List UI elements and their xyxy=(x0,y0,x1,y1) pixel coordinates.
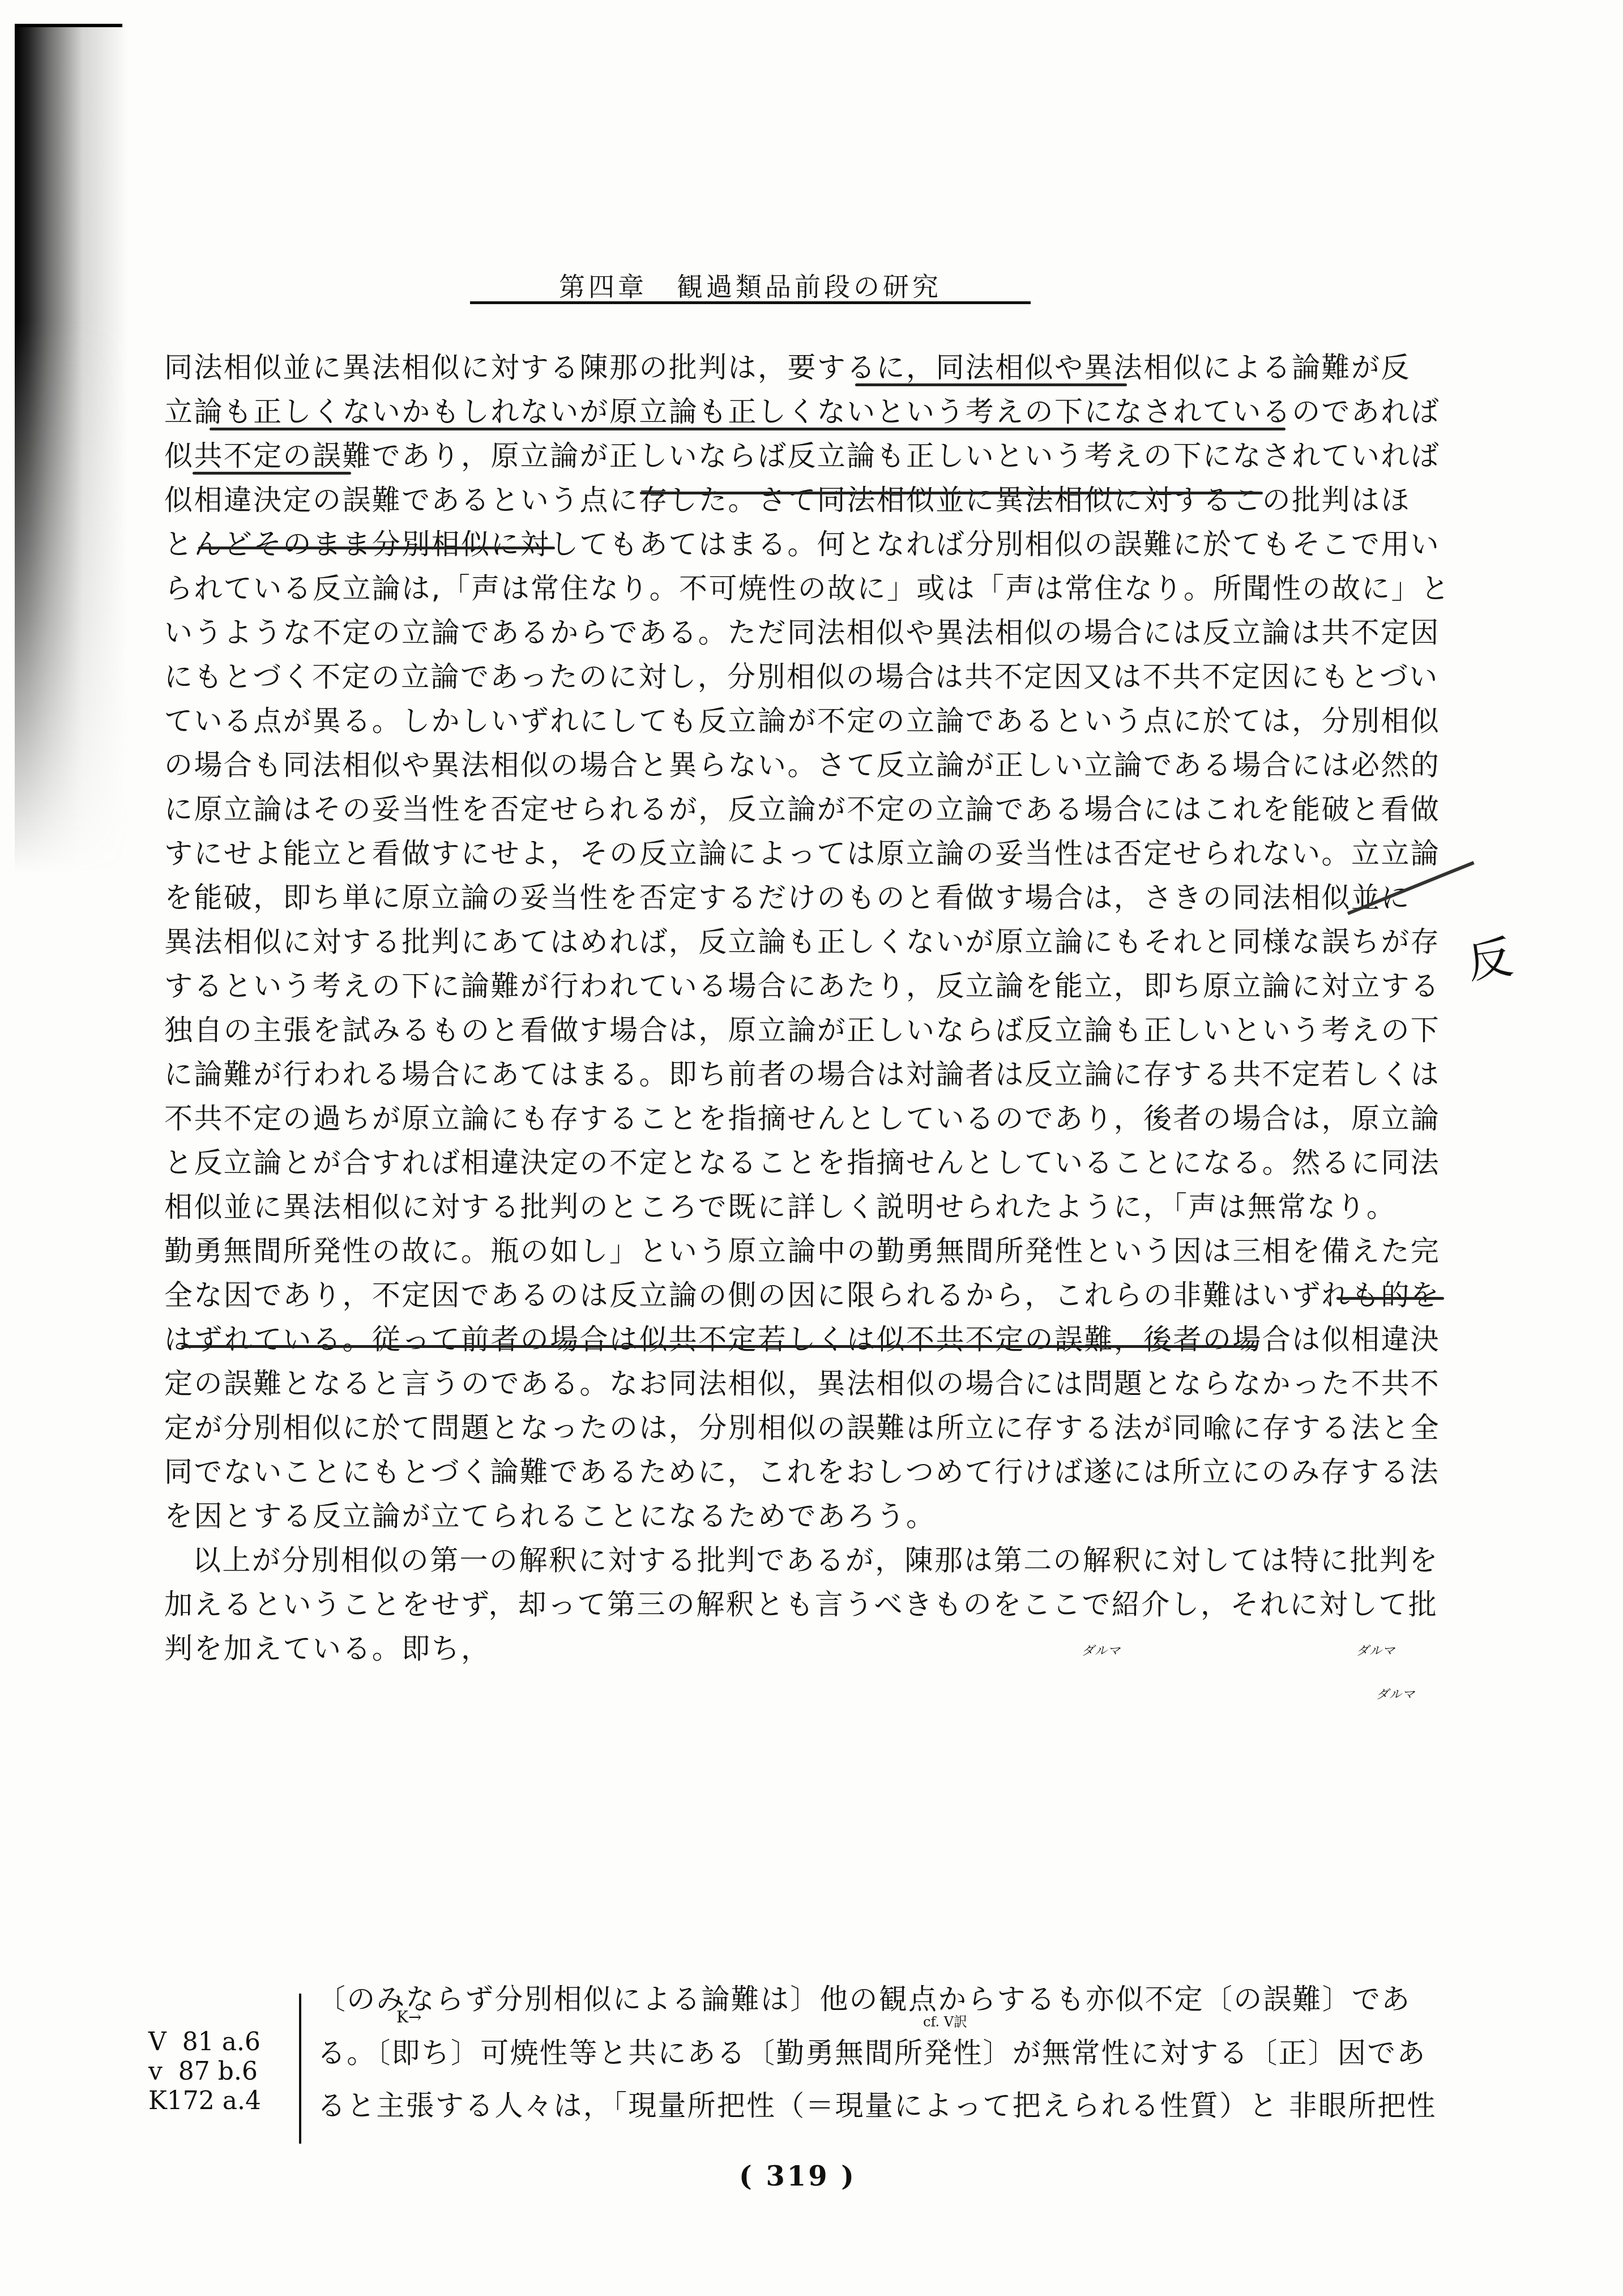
text-line: 不共不定の過ちが原立論にも存することを指摘せんとしているのであり，後者の場合は，… xyxy=(164,1096,1450,1141)
handwritten-underline xyxy=(181,1345,1257,1348)
text-line: 異法相似に対する批判にあてはめれば，反立論も正しくないが原立論にもそれと同様な誤… xyxy=(164,920,1450,964)
handwritten-underline xyxy=(640,492,1263,494)
quote-line: 〔のみならず分別相似による論難は〕他の観点からするも亦似不定〔の誤難〕であ xyxy=(317,1977,1411,2017)
annotation-k-arrow: K→ xyxy=(396,2008,421,2026)
text-line: 判を加えている。即ち， xyxy=(164,1627,1450,1671)
source-references: V 81 a.6v 87 b.6K172 a.4 xyxy=(148,2028,261,2116)
ruby-dharma: ダルマ xyxy=(1082,1641,1121,1659)
text-line: 同法相似並に異法相似に対する陳那の批判は，要するに，同法相似や異法相似による論難… xyxy=(164,345,1450,390)
quote-line: ると主張する人々は，「現量所把性（＝現量によって把えられる性質）と 非眼所把性 xyxy=(317,2083,1437,2124)
text-line: られている反立論は,「声は常住なり。不可焼性の故に」或は「声は常住なり。所聞性の… xyxy=(164,566,1450,611)
text-line: に論難が行われる場合にあてはまる。即ち前者の場合は対論者は反立論に存する共不定若… xyxy=(164,1052,1450,1096)
ref-line: v 87 b.6 xyxy=(148,2057,261,2086)
running-header: 第四章 観過類品前段の研究 xyxy=(470,266,1031,304)
text-line: 以上が分別相似の第一の解釈に対する批判であるが，陳那は第二の解釈に対しては特に批… xyxy=(164,1538,1450,1582)
text-line: にもとづく不定の立論であったのに対し，分別相似の場合は共不定因又は不共不定因にも… xyxy=(164,655,1450,699)
scan-shadow xyxy=(15,24,128,873)
text-line: 同でないことにもとづく論難であるために，これをおしつめて行けば遂には所立にのみ存… xyxy=(164,1450,1450,1494)
scan-shadow-top xyxy=(15,24,122,27)
text-line: ている点が異る。しかしいずれにしても反立論が不定の立論であるという点に於ては，分… xyxy=(164,699,1450,743)
text-line: とんどそのまま分別相似に対してもあてはまる。何となれば分別相似の誤難に於てもそこ… xyxy=(164,522,1450,566)
ruby-dharma: ダルマ xyxy=(1356,1641,1395,1659)
text-line: 似相違決定の誤難であるという点に存した。さて同法相似並に異法相似に対するこの批判… xyxy=(164,478,1450,522)
quote-line: る。〔即ち〕可焼性等と共にある〔勤勇無間所発性〕が無常性に対する〔正〕因であ xyxy=(317,2030,1426,2071)
text-line: と反立論とが合すれば相違決定の不定となることを指摘せんとしていることになる。然る… xyxy=(164,1141,1450,1185)
text-line: 勤勇無間所発性の故に。瓶の如し」という原立論中の勤勇無間所発性という因は三相を備… xyxy=(164,1229,1450,1273)
text-line: するという考えの下に論難が行われている場合にあたり，反立論を能立，即ち原立論に対… xyxy=(164,964,1450,1008)
text-line: いうような不定の立論であるからである。ただ同法相似や異法相似の場合には反立論は共… xyxy=(164,611,1450,655)
main-text: 同法相似並に異法相似に対する陳那の批判は，要するに，同法相似や異法相似による論難… xyxy=(164,345,1450,1671)
text-line: に原立論はその妥当性を否定せられるが，反立論が不定の立論である場合にはこれを能破… xyxy=(164,787,1450,831)
handwritten-underline xyxy=(855,383,1127,386)
text-line: 加えるということをせず，却って第三の解釈とも言うべきものをここで紹介し，それに対… xyxy=(164,1582,1450,1627)
handwritten-underline xyxy=(198,547,555,549)
chapter-title: 第四章 観過類品前段の研究 xyxy=(559,271,942,302)
text-line: 定の誤難となると言うのである。なお同法相似，異法相似の場合には問題とならなかった… xyxy=(164,1362,1450,1406)
ruby-dharma: ダルマ xyxy=(1376,1685,1415,1702)
text-line: 独自の主張を試みるものと看做す場合は，原立論が正しいならば反立論も正しいという考… xyxy=(164,1008,1450,1052)
handwritten-underline xyxy=(193,472,351,475)
text-line: はずれている。従って前者の場合は似共不定若しくは似不共不定の誤難，後者の場合は似… xyxy=(164,1317,1450,1362)
handwritten-underline xyxy=(210,428,1285,430)
header-rule xyxy=(470,301,1031,304)
ref-line: V 81 a.6 xyxy=(148,2028,261,2057)
text-line: 似共不定の誤難であり，原立論が正しいならば反立論も正しいという考えの下になされて… xyxy=(164,434,1450,478)
handwritten-underline xyxy=(1336,1297,1444,1300)
text-line: 相似並に異法相似に対する批判のところで既に詳しく説明せられたように，「声は無常な… xyxy=(164,1185,1450,1229)
page-number: ( 319 ) xyxy=(739,2161,856,2192)
text-line: を因とする反立論が立てられることになるためであろう。 xyxy=(164,1494,1450,1538)
handwritten-margin-note: 反 xyxy=(1462,920,1516,991)
ref-line: K172 a.4 xyxy=(148,2086,261,2116)
text-line: を能破，即ち単に原立論の妥当性を否定するだけのものと看做す場合は，さきの同法相似… xyxy=(164,876,1450,920)
text-line: すにせよ能立と看做すにせよ，その反立論によっては原立論の妥当性は否定せられない。… xyxy=(164,831,1450,876)
text-line: 定が分別相似に於て問題となったのは，分別相似の誤難は所立に存する法が同喩に存する… xyxy=(164,1406,1450,1450)
text-line: 全な因であり，不定因であるのは反立論の側の因に限られるから，これらの非難はいずれ… xyxy=(164,1273,1450,1317)
text-line: の場合も同法相似や異法相似の場合と異らない。さて反立論が正しい立論である場合には… xyxy=(164,743,1450,787)
annotation-cf: cf. V訳 xyxy=(923,2011,967,2030)
quote-rule xyxy=(299,1994,301,2144)
